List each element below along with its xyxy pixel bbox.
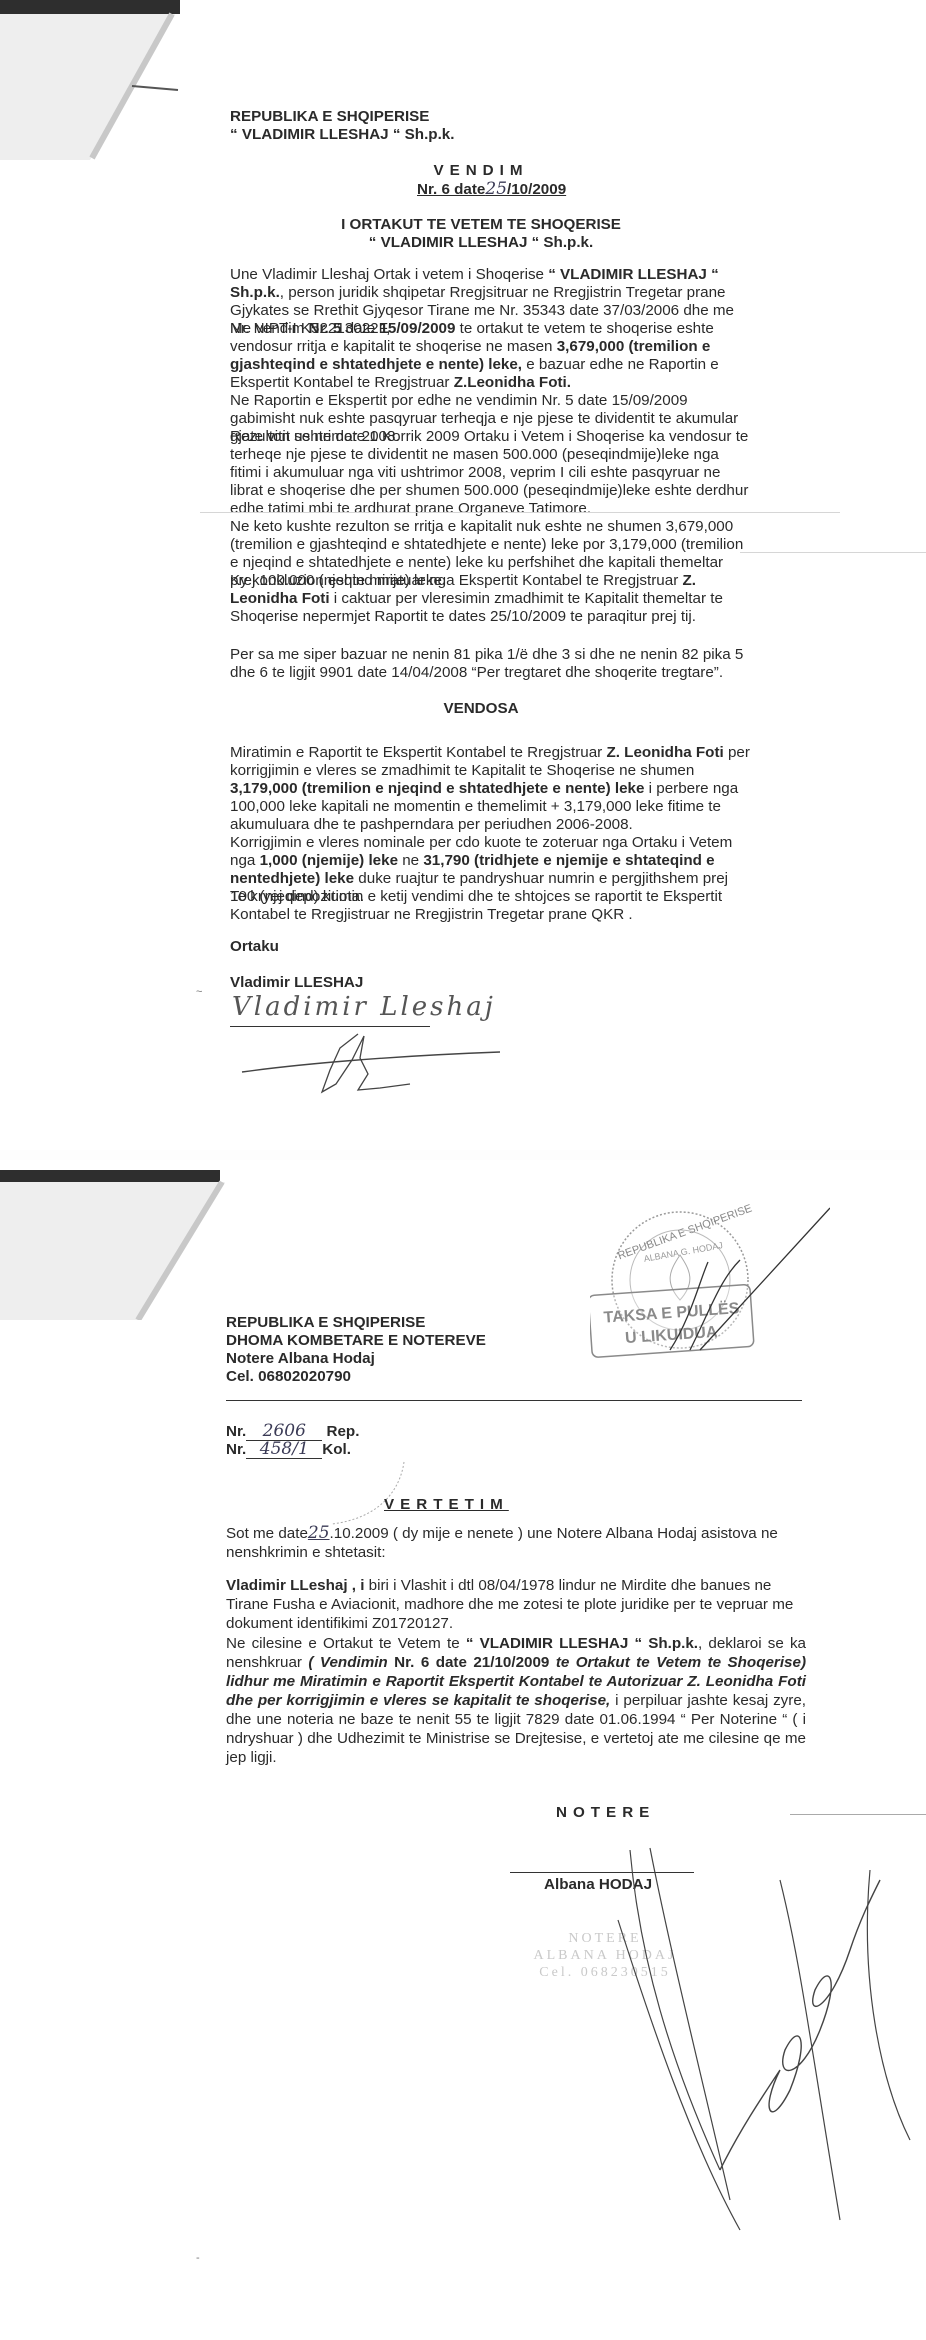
- signature-mark: [240, 1030, 500, 1105]
- handwritten-name: Vladimir Lleshaj: [232, 992, 496, 1022]
- scan-artifact-line: [790, 1814, 926, 1815]
- intro-paragraph: Sot me date25.10.2009 ( dy mije e nenete…: [226, 1524, 806, 1562]
- decision-approve-report: Miratimin e Raportit te Ekspertit Kontab…: [230, 744, 750, 834]
- header-company: “ VLADIMIR LLESHAJ “ Sh.p.k.: [230, 126, 454, 144]
- subtitle-company: “ VLADIMIR LLESHAJ “ Sh.p.k.: [0, 234, 926, 252]
- paragraph-legal-basis: Per sa me siper bazuar ne nenin 81 pika …: [230, 646, 750, 682]
- signoff-role: Ortaku: [230, 938, 279, 956]
- decision-deposit: Te kryej depozitimin e ketij vendimi dhe…: [230, 888, 750, 924]
- header-republic: REPUBLIKA E SHQIPERISE: [226, 1314, 425, 1332]
- document-title: VENDIM: [0, 162, 926, 180]
- document-number: Nr. 6 date25/10/2009: [417, 180, 566, 199]
- handwritten-day: 25: [308, 1523, 330, 1543]
- page-vendim: REPUBLIKA E SHQIPERISE “ VLADIMIR LLESHA…: [0, 0, 926, 1160]
- header-republic: REPUBLIKA E SHQIPERISE: [230, 108, 429, 126]
- paragraph-result: Rezulton se ne date 1 Korrik 2009 Ortaku…: [230, 428, 750, 518]
- subtitle-sole-partner: I ORTAKUT TE VETEM TE SHOQERISE: [0, 216, 926, 234]
- header-notary: Notere Albana Hodaj: [226, 1350, 375, 1368]
- signature-line: [230, 1026, 430, 1027]
- margin-mark: ~: [196, 986, 202, 998]
- heading-vendosa: VENDOSA: [0, 700, 926, 718]
- handwritten-day: 25: [485, 179, 507, 199]
- official-stamp: REPUBLIKA E SHQIPERISE ALBANA G. HODAJ T…: [590, 1200, 830, 1365]
- scan-folded-corner: [0, 0, 240, 160]
- margin-mark: -: [196, 2252, 200, 2264]
- scan-artifact-line: [200, 512, 840, 513]
- document-title: VERTETIM: [384, 1496, 509, 1514]
- header-divider: [226, 1400, 802, 1401]
- header-chamber: DHOMA KOMBETARE E NOTEREVE: [226, 1332, 486, 1350]
- person-paragraph: Vladimir LLeshaj , i biri i Vlashit i dt…: [226, 1576, 806, 1633]
- paragraph-decision-5: Me vendim Nr. 5 date 15/09/2009 te ortak…: [230, 320, 750, 392]
- page-vertetim: REPUBLIKA E SHQIPERISE DHOMA KOMBETARE E…: [0, 1160, 926, 2340]
- signoff-name: Vladimir LLESHAJ: [230, 974, 363, 992]
- kol-number: Nr.458/1Kol.: [226, 1440, 351, 1459]
- kol-number-value: 458/1: [246, 1440, 322, 1459]
- number-suffix: /10/2009: [507, 181, 566, 198]
- header-phone: Cel. 06802020790: [226, 1368, 351, 1386]
- paragraph-conclusion: Ky konkluzion eshte miratuar nga Ekspert…: [230, 572, 750, 626]
- scan-folded-corner: [0, 1160, 240, 1320]
- scan-artifact-line: [740, 552, 926, 553]
- notary-signature: [610, 1840, 910, 2245]
- notary-title: NOTERE: [556, 1804, 655, 1822]
- number-prefix: Nr. 6 date: [417, 181, 485, 198]
- capacity-paragraph: Ne cilesine e Ortakut te Vetem te “ VLAD…: [226, 1634, 806, 1767]
